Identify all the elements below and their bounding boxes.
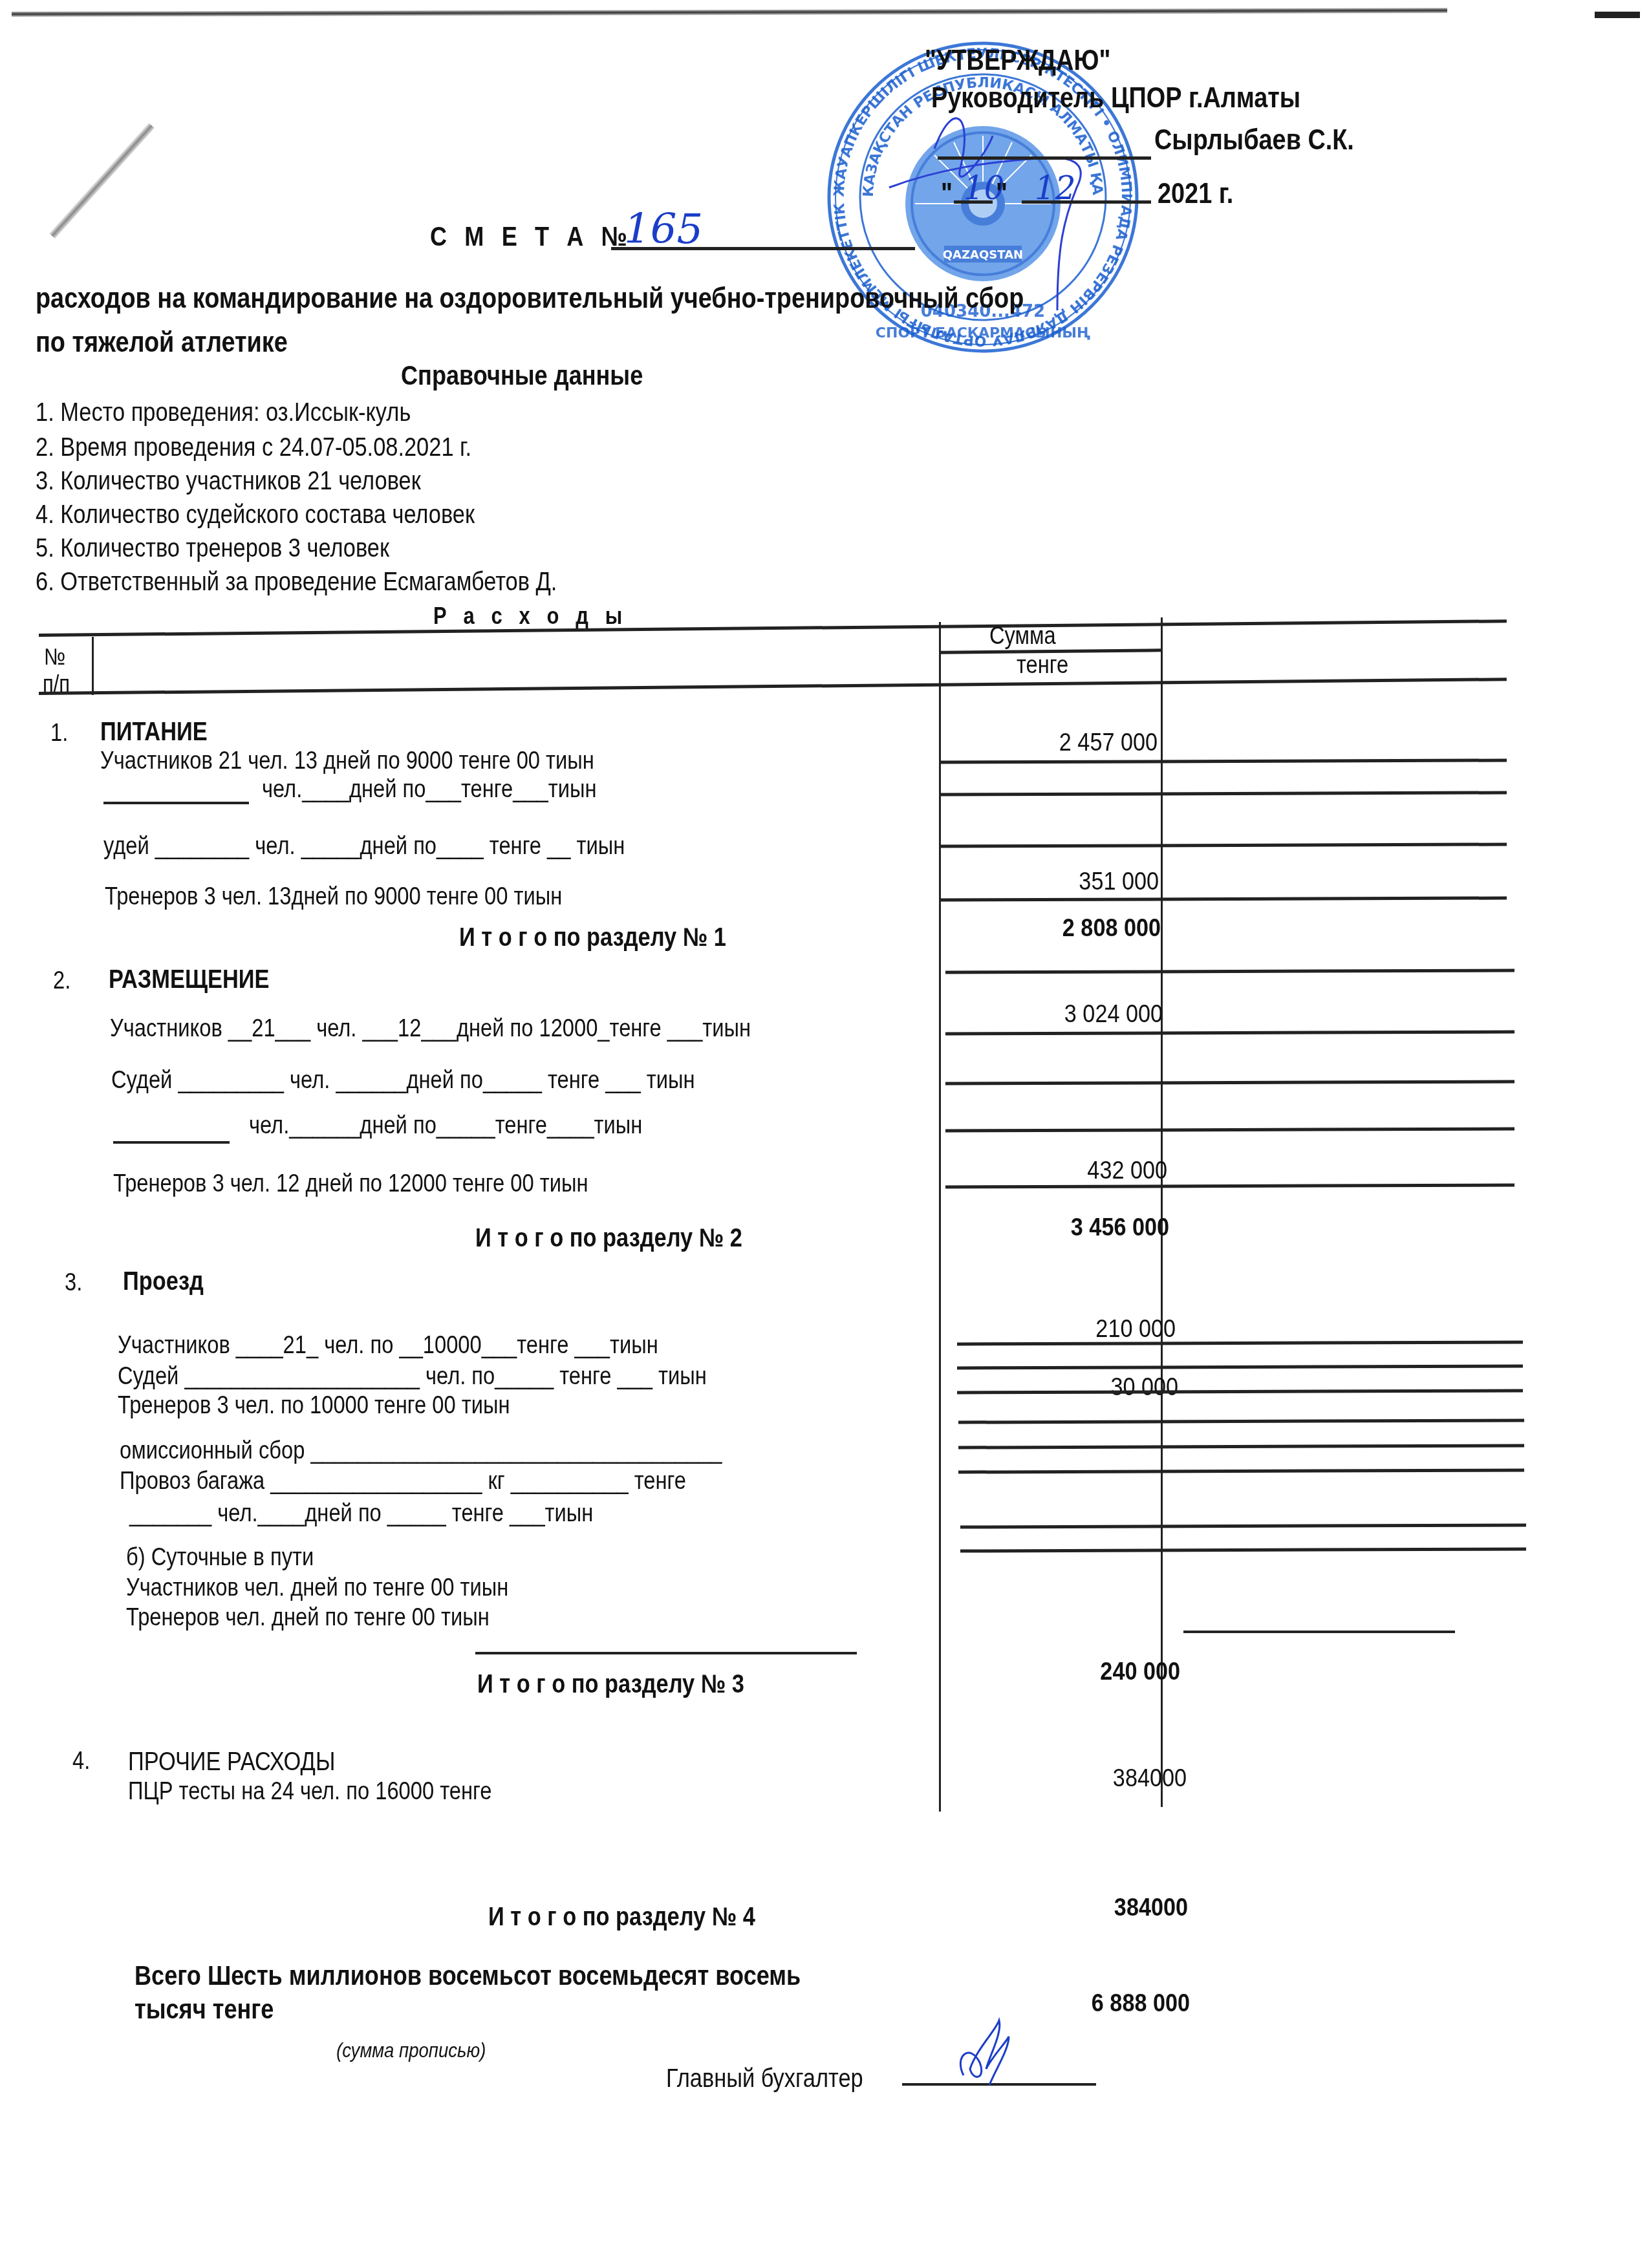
section-total-amount: 2 808 000	[963, 915, 1161, 943]
accountant-signature	[951, 2017, 1028, 2088]
line-item-text: Судей _________ чел. ______дней по_____ …	[111, 1068, 695, 1093]
grand-total-amount: 6 888 000	[992, 1990, 1190, 2018]
approval-date-year: 2021 г.	[1158, 180, 1233, 208]
date-open-quote: "	[941, 180, 953, 208]
section-number: 1.	[50, 721, 68, 745]
smeta-number-line	[611, 247, 915, 250]
line-item-text: Тренеров 3 чел. по 10000 тенге 00 тиын	[118, 1393, 510, 1418]
row-divider	[958, 1444, 1524, 1449]
row-divider	[941, 896, 1507, 901]
row-divider	[945, 1030, 1514, 1035]
blank-field[interactable]	[113, 1141, 230, 1144]
grand-total-words-line2: тысяч тенге	[135, 1996, 274, 2023]
section-number: 4.	[72, 1749, 90, 1773]
accountant-label: Главный бухгалтер	[666, 2066, 863, 2091]
section-number: 2.	[53, 968, 70, 993]
table-header-bottom-border	[39, 678, 1507, 695]
reference-item: 2. Время проведения с 24.07-05.08.2021 г…	[36, 434, 471, 460]
scan-fold-edge	[12, 8, 1447, 17]
row-divider	[941, 842, 1507, 848]
table-top-border	[39, 619, 1507, 637]
reference-item: 6. Ответственный за проведение Есмагамбе…	[36, 569, 557, 595]
col-divider-num	[92, 637, 94, 695]
line-item-amount: 384000	[989, 1765, 1187, 1793]
section-title: Проезд	[123, 1268, 204, 1294]
section-total-amount: 240 000	[982, 1658, 1180, 1686]
line-item-text: Тренеров 3 чел. 12 дней по 12000 тенге 0…	[113, 1171, 588, 1196]
section-total-label: И т о г о по разделу № 1	[459, 925, 726, 950]
line-item-text: Участников 21 чел. 13 дней по 9000 тенге…	[100, 749, 594, 773]
approve-label: "УТВЕРЖДАЮ"	[925, 47, 1110, 75]
col-divider-sum-left	[939, 622, 941, 1812]
approver-name: Сырлыбаев С.К.	[1154, 126, 1354, 155]
line-item-text: Участников __21___ чел. ___12___дней по …	[110, 1016, 751, 1041]
scan-edge-mark	[1595, 12, 1640, 18]
reference-item: 1. Место проведения: оз.Иссык-куль	[36, 400, 411, 425]
grand-total-words-line1: Всего Шесть миллионов восемьсот восемьде…	[135, 1962, 801, 1989]
col-divider-sum-right	[1161, 617, 1163, 1807]
line-item-text: _______ чел.____дней по _____ тенге ___т…	[129, 1501, 593, 1526]
line-item-text: Судей ____________________ чел. по_____ …	[118, 1364, 707, 1389]
row-divider	[941, 791, 1507, 796]
reference-item: 3. Количество участников 21 человек	[36, 468, 421, 494]
col-sum-header: Сумма	[989, 624, 1056, 648]
date-close-quote: "	[996, 180, 1008, 208]
stamp-emblem-label: QAZAQSTAN	[943, 248, 1023, 262]
title-line-2: по тяжелой атлетике	[36, 328, 288, 357]
line-item-text: удей ________ чел. _____дней по____ тенг…	[103, 834, 625, 859]
row-divider	[960, 1523, 1526, 1528]
smeta-label: С М Е Т А №	[430, 223, 632, 250]
date-day-line	[954, 200, 993, 204]
reference-item: 4. Количество судейского состава человек	[36, 502, 475, 528]
section-total-amount: 384000	[990, 1894, 1188, 1922]
side-underline	[1183, 1631, 1455, 1633]
line-item-amount: 30 000	[980, 1374, 1178, 1402]
line-item-text: омиссионный сбор _______________________…	[120, 1439, 722, 1463]
row-divider	[945, 1127, 1514, 1132]
row-divider	[958, 1418, 1524, 1424]
row-divider	[945, 968, 1514, 974]
col-sum-unit: тенге	[1017, 653, 1068, 678]
row-divider	[957, 1364, 1523, 1369]
row-divider	[958, 1468, 1524, 1473]
line-item-text: Провоз багажа __________________ кг ____…	[120, 1469, 686, 1493]
title-line-1: расходов на командирование на оздоровите…	[36, 284, 1024, 313]
line-item-amount: 351 000	[961, 868, 1159, 896]
col-num-header: №	[44, 645, 65, 669]
section-title: ПРОЧИЕ РАСХОДЫ	[128, 1749, 335, 1775]
section-total-label: И т о г о по разделу № 3	[477, 1671, 744, 1697]
line-item-text: ПЦР тесты на 24 чел. по 16000 тенге	[128, 1779, 491, 1804]
section-title: РАЗМЕЩЕНИЕ	[109, 967, 269, 992]
col-num-header-sub: п/п	[43, 672, 70, 696]
approver-position: Руководитель ЦПОР г.Алматы	[931, 84, 1300, 112]
section-number: 3.	[65, 1270, 82, 1295]
total-underline	[475, 1652, 857, 1654]
scan-fold-corner	[49, 123, 155, 239]
line-item-amount: 2 457 000	[960, 729, 1158, 757]
signature-line	[938, 156, 1151, 160]
reference-item: 5. Количество тренеров 3 человек	[36, 535, 389, 561]
blank-field[interactable]	[103, 802, 249, 804]
line-item-text: чел.______дней по_____тенге____тиын	[249, 1113, 642, 1138]
row-divider	[941, 758, 1507, 764]
line-item-text: Тренеров 3 чел. 13дней по 9000 тенге 00 …	[105, 884, 562, 909]
line-item-amount: 432 000	[969, 1157, 1167, 1185]
line-item-text: чел.____дней по___тенге___тиын	[262, 777, 596, 802]
line-item-text: Участников ____21_ чел. по __10000___тен…	[118, 1333, 658, 1358]
smeta-number: 165	[624, 206, 703, 253]
section-total-label: И т о г о по разделу № 4	[488, 1904, 755, 1930]
date-month-line	[1022, 200, 1151, 204]
grand-total-caption: (сумма прописью)	[336, 2040, 486, 2060]
section-total-amount: 3 456 000	[971, 1214, 1169, 1242]
line-item-amount: 210 000	[978, 1316, 1176, 1343]
row-divider	[945, 1080, 1514, 1085]
expenses-heading: Р а с х о д ы	[433, 604, 628, 628]
reference-heading: Справочные данные	[401, 362, 643, 389]
line-item-text: б) Суточные в пути	[126, 1545, 314, 1570]
section-title: ПИТАНИЕ	[100, 719, 208, 745]
section-total-label: И т о г о по разделу № 2	[475, 1225, 742, 1251]
row-divider	[960, 1547, 1526, 1552]
stamp-bottom-text: СПОРТ БАСҚАРМАСЫНЫҢ	[876, 325, 1090, 341]
line-item-text: Участников чел. дней по тенге 00 тиын	[126, 1576, 508, 1600]
line-item-text: Тренеров чел. дней по тенге 00 тиын	[126, 1605, 490, 1630]
line-item-amount: 3 024 000	[965, 1001, 1163, 1029]
